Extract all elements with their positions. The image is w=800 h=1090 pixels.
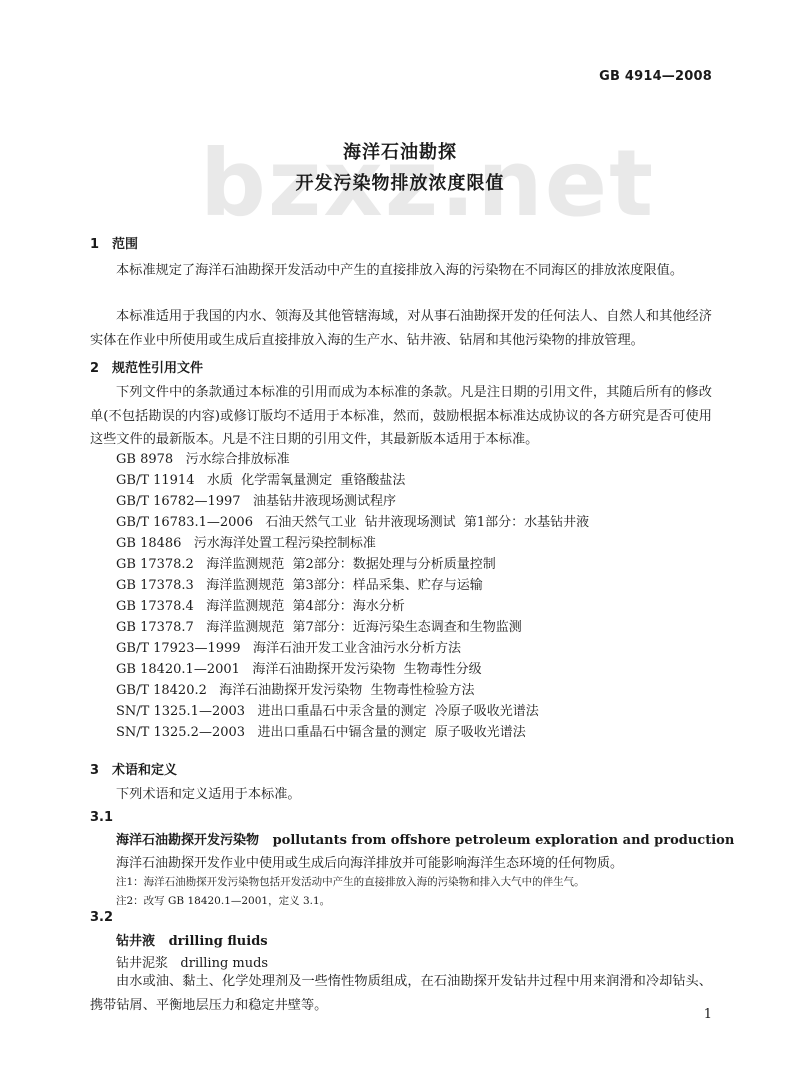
section-title: 术语和定义 (112, 763, 177, 778)
reference-item: GB 17378.4 海洋监测规范 第4部分：海水分析 (116, 597, 405, 617)
section-heading-normative-references: 2规范性引用文件 (90, 357, 203, 376)
definition-3-1: 海洋石油勘探开发作业中使用或生成后向海洋排放并可能影响海洋生态环境的任何物质。 (116, 852, 623, 871)
reference-item: GB 18486 污水海洋处置工程污染控制标准 (116, 534, 376, 554)
section-number: 2 (90, 361, 112, 376)
section-number: 1 (90, 237, 112, 252)
document-title-line1: 海洋石油勘探 (0, 138, 800, 164)
reference-item: SN/T 1325.1—2003 进出口重晶石中汞含量的测定 冷原子吸收光谱法 (116, 702, 539, 722)
scope-paragraph-1: 本标准规定了海洋石油勘探开发活动中产生的直接排放入海的污染物在不同海区的排放浓度… (90, 259, 712, 283)
definition-3-2: 由水或油、黏土、化学处理剂及一些惰性物质组成，在石油勘探开发钻井过程中用来润滑和… (90, 970, 712, 1017)
section-title: 规范性引用文件 (112, 361, 203, 376)
reference-item: GB 17378.3 海洋监测规范 第3部分：样品采集、贮存与运输 (116, 576, 483, 596)
reference-item: SN/T 1325.2—2003 进出口重晶石中镉含量的测定 原子吸收光谱法 (116, 723, 526, 743)
clause-number-3-2: 3.2 (90, 910, 113, 925)
references-intro: 下列文件中的条款通过本标准的引用而成为本标准的条款。凡是注日期的引用文件，其随后… (90, 381, 712, 452)
synonym-3-2: 钻井泥浆 drilling muds (116, 952, 268, 971)
standard-code: GB 4914—2008 (599, 69, 712, 84)
reference-item: GB 8978 污水综合排放标准 (116, 450, 290, 470)
document-title-line2: 开发污染物排放浓度限值 (0, 169, 800, 195)
reference-item: GB 18420.1—2001 海洋石油勘探开发污染物 生物毒性分级 (116, 660, 482, 680)
note-3-1-1: 注1：海洋石油勘探开发污染物包括开发活动中产生的直接排放入海的污染物和排入大气中… (116, 874, 585, 889)
section-heading-scope: 1范围 (90, 233, 138, 252)
term-3-1: 海洋石油勘探开发污染物 pollutants from offshore pet… (116, 829, 734, 848)
reference-item: GB 17378.7 海洋监测规范 第7部分：近海污染生态调查和生物监测 (116, 618, 522, 638)
term-3-2: 钻井液 drilling fluids (116, 930, 268, 949)
scope-paragraph-2: 本标准适用于我国的内水、领海及其他管辖海域，对从事石油勘探开发的任何法人、自然人… (90, 305, 712, 352)
section-title: 范围 (112, 237, 138, 252)
reference-item: GB 17378.2 海洋监测规范 第2部分：数据处理与分析质量控制 (116, 555, 496, 575)
reference-item: GB/T 17923—1999 海洋石油开发工业含油污水分析方法 (116, 639, 461, 659)
reference-item: GB/T 16783.1—2006 石油天然气工业 钻井液现场测试 第1部分：水… (116, 513, 589, 533)
reference-item: GB/T 18420.2 海洋石油勘探开发污染物 生物毒性检验方法 (116, 681, 475, 701)
clause-number-3-1: 3.1 (90, 810, 113, 825)
reference-item: GB/T 16782—1997 油基钻井液现场测试程序 (116, 492, 396, 512)
terms-intro: 下列术语和定义适用于本标准。 (90, 783, 712, 807)
page-number: 1 (704, 1007, 712, 1022)
section-number: 3 (90, 763, 112, 778)
section-heading-terms-and-definitions: 3术语和定义 (90, 759, 177, 778)
reference-item: GB/T 11914 水质 化学需氧量测定 重铬酸盐法 (116, 471, 405, 491)
note-3-1-2: 注2：改写 GB 18420.1—2001，定义 3.1。 (116, 893, 330, 908)
document-page: GB 4914—2008 bzxz.net 海洋石油勘探 开发污染物排放浓度限值… (0, 0, 800, 1090)
